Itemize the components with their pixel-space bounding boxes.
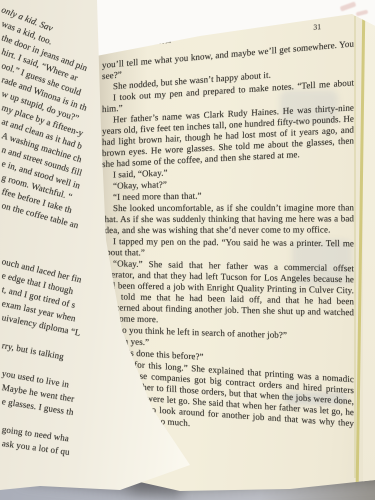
- book-paragraph: “Okay.” She said that her father was a c…: [102, 258, 354, 329]
- right-page-text: INDIGO SLAM 31 you’ll tell me what you k…: [102, 42, 358, 423]
- right-page-paragraphs: you’ll tell me what you know, and maybe …: [102, 60, 358, 423]
- header-title: INDIGO SLAM: [115, 38, 172, 50]
- book-paragraph: I tapped my pen on the pad. “You said he…: [102, 236, 354, 260]
- book-paragraph: Her father’s name was Clark Rudy Haines.…: [102, 102, 354, 170]
- book-paragraph: “I need more than that.”: [102, 188, 354, 203]
- background-smudge: [340, 1, 357, 11]
- page-number-folio: 31: [313, 22, 321, 32]
- background-smudge: [356, 10, 369, 17]
- book-photo: INDIGO SLAM 31 you’ll tell me what you k…: [0, 0, 375, 500]
- book-paragraph: She looked uncomfortable, as if she coul…: [102, 202, 354, 236]
- fore-edge-pages: [363, 10, 375, 486]
